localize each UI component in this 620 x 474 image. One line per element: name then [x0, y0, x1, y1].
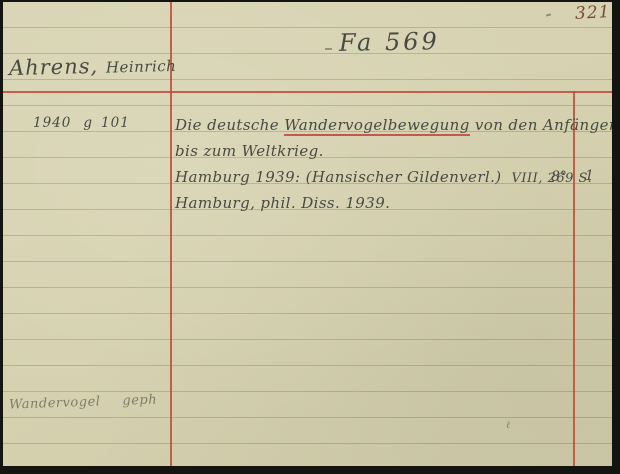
pencil-word: Wandervogel: [9, 394, 101, 412]
acquisition-letter: g: [83, 115, 93, 131]
imprint: Hamburg 1939: (Hansischer Gildenverl.): [175, 168, 502, 186]
acquisition-year: 1940: [33, 115, 71, 131]
author-firstname: Heinrich: [106, 57, 177, 77]
ink-speck: [325, 48, 332, 50]
shelfmark: Fa 569: [339, 27, 440, 57]
dissertation-note: Hamburg, phil. Diss. 1939.: [175, 190, 595, 216]
acquisition-serial: 101: [101, 115, 130, 131]
author-heading: Ahrens, Heinrich: [9, 52, 177, 80]
author-surname: Ahrens,: [9, 54, 99, 80]
copies-count: 1: [585, 168, 594, 184]
title-line-1: Die deutsche Wandervogelbewegung von den…: [175, 112, 595, 138]
title-end: von den Anfängen: [470, 116, 612, 134]
title-start: Die deutsche: [175, 116, 284, 134]
scan-background: 321 Fa 569 Ahrens, Heinrich 1940g101 Die…: [0, 0, 620, 474]
pencil-abbrev: geph: [122, 392, 157, 408]
title-underlined: Wandervogelbewegung: [284, 116, 469, 136]
imprint-line: Hamburg 1939: (Hansischer Gildenverl.)VI…: [175, 164, 595, 190]
pencil-annotation: Wandervogelgeph: [9, 392, 158, 412]
page-number: 321: [575, 2, 611, 24]
catalog-card: 321 Fa 569 Ahrens, Heinrich 1940g101 Die…: [3, 2, 612, 466]
format-designation: 8°: [551, 164, 567, 190]
ink-speck: [546, 13, 551, 16]
bibliographic-entry: Die deutsche Wandervogelbewegung von den…: [175, 112, 595, 216]
acquisition-number: 1940g101: [33, 115, 130, 131]
title-line-2: bis zum Weltkrieg.: [175, 138, 595, 164]
red-header-line: [3, 91, 612, 93]
stray-pen-mark: ℓ: [506, 420, 510, 431]
